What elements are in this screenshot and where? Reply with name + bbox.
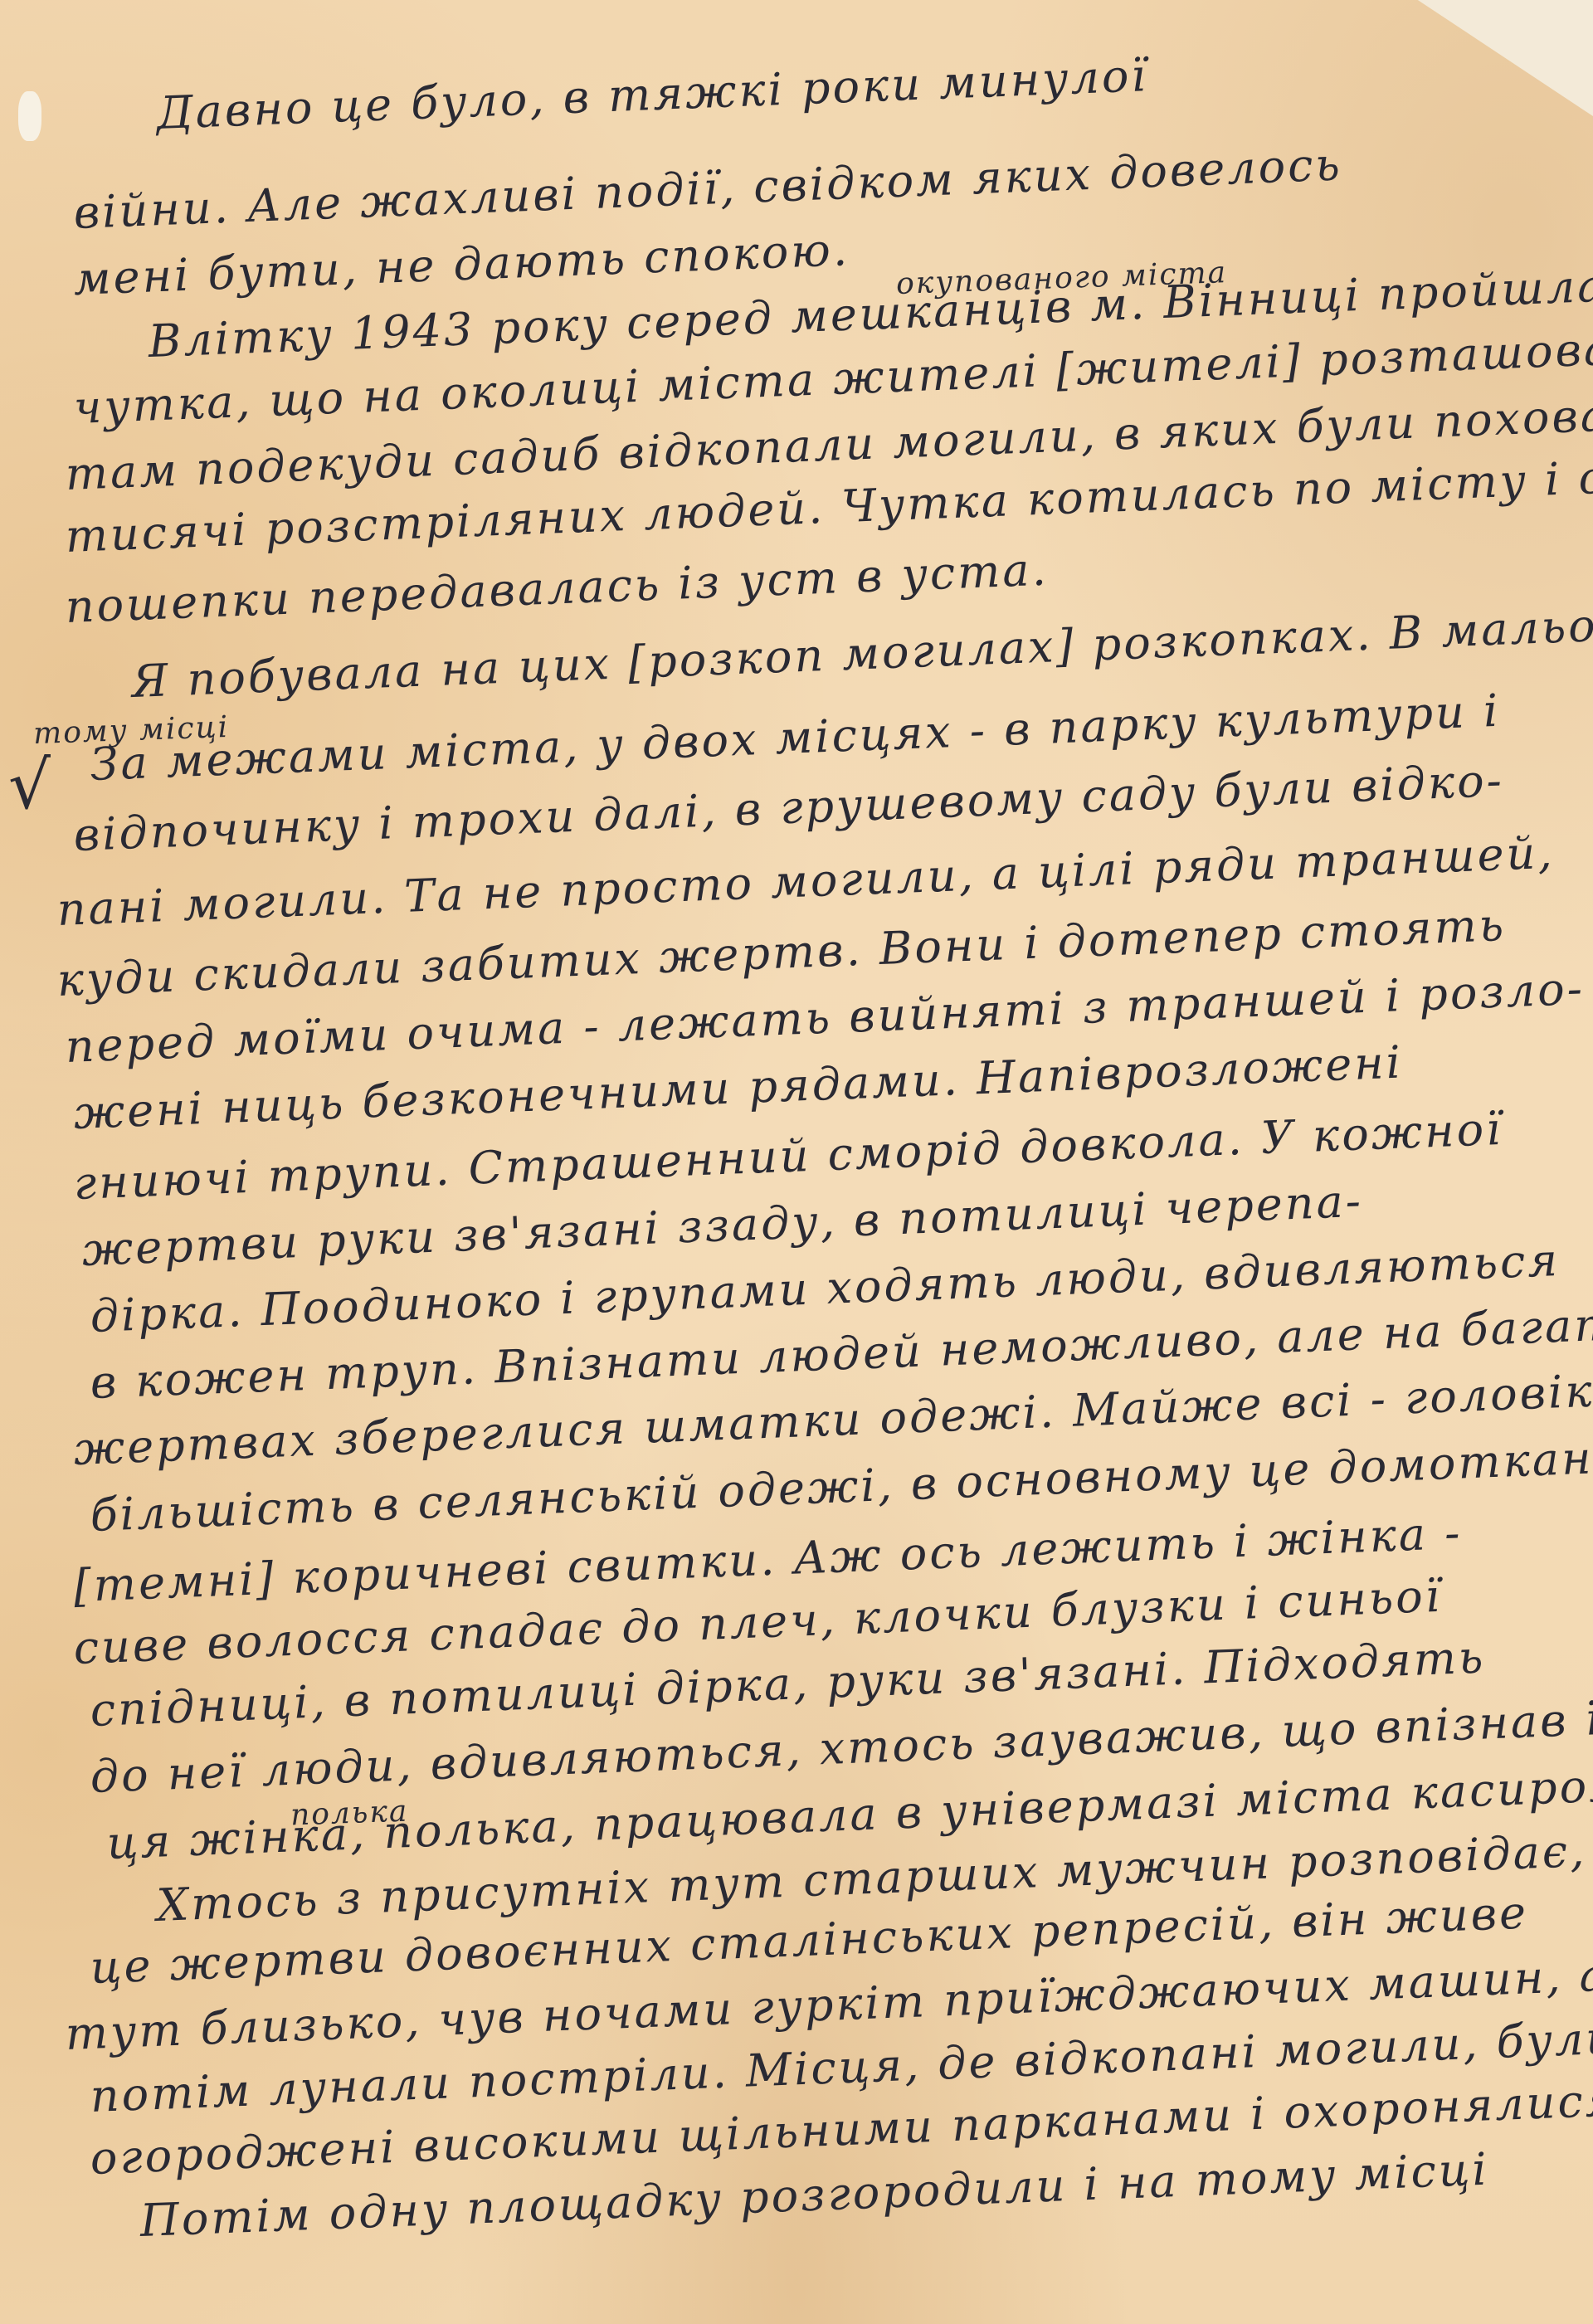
margin-check-mark: √ [8,747,75,830]
torn-hole [18,91,41,141]
